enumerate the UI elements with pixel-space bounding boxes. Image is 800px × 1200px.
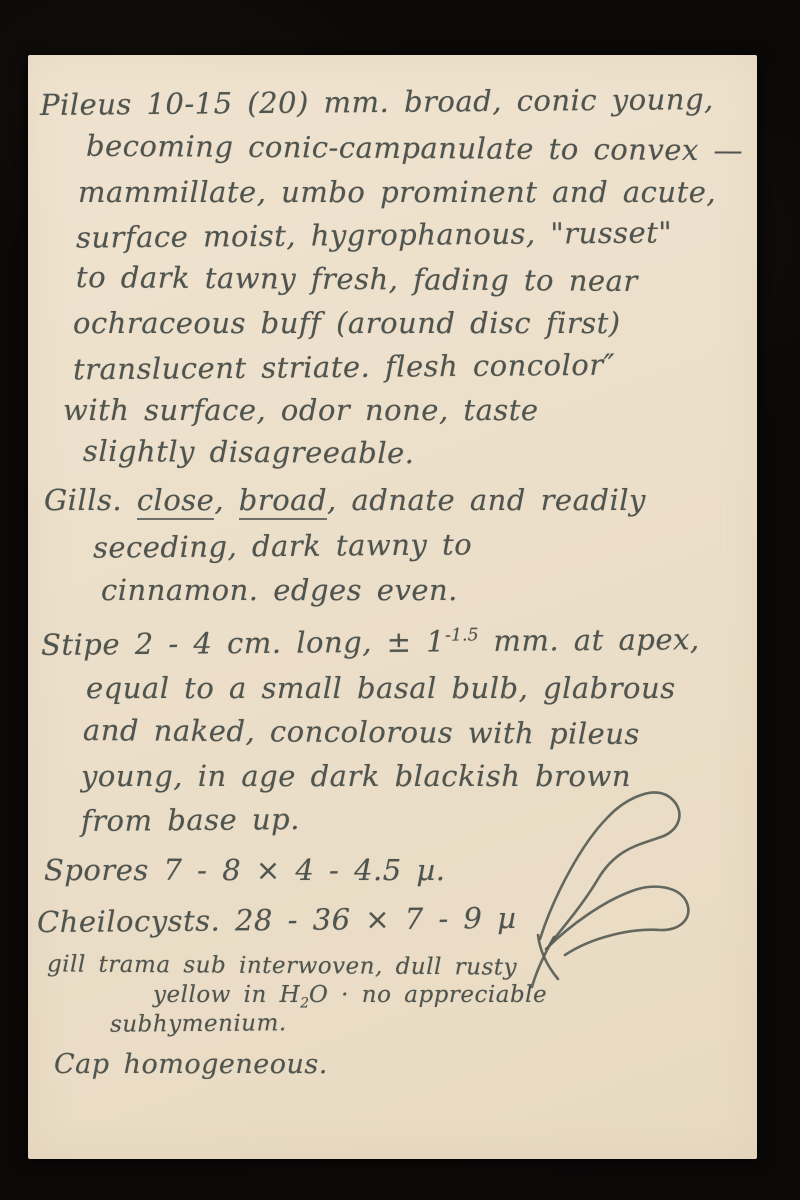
trama-line-3: subhymenium.	[110, 1010, 287, 1038]
pileus-line-2: becoming conic-campanulate to convex —	[86, 129, 743, 168]
gills-line-1-rest: , adnate and readily	[327, 483, 646, 517]
gills-line-3: cinnamon. edges even.	[101, 573, 458, 607]
cystidia-sketch-icon	[510, 767, 725, 997]
pileus-line-4: surface moist, hygrophanous, "russet"	[76, 215, 672, 254]
stipe-line-1: Stipe 2 - 4 cm. long, ± 1-1.5 mm. at ape…	[41, 622, 700, 662]
trama-line-2: yellow in H2O · no appreciable	[153, 982, 547, 1012]
cap-line: Cap homogeneous.	[54, 1049, 328, 1080]
trama-line-2-start: yellow in H	[153, 982, 300, 1008]
spores-line: Spores 7 - 8 × 4 - 4.5 µ.	[44, 853, 445, 887]
stipe-line-3: and naked, concolorous with pileus	[83, 713, 640, 751]
note-card: Pileus 10-15 (20) mm. broad, conic young…	[28, 55, 757, 1159]
gills-line-2: seceding, dark tawny to	[93, 527, 472, 564]
cheilocystidia-line: Cheilocysts. 28 - 36 × 7 - 9 µ	[37, 901, 517, 939]
gills-separator: ,	[214, 483, 238, 517]
gills-word-close: close	[137, 483, 215, 520]
pileus-line-5: to dark tawny fresh, fading to near	[76, 260, 638, 298]
stipe-superscript: -1.5	[445, 625, 479, 645]
gills-word-broad: broad	[239, 483, 327, 520]
pileus-line-8: with surface, odor none, taste	[63, 393, 539, 427]
pileus-line-7: translucent striate. flesh concolor″	[73, 348, 615, 387]
pileus-line-1: Pileus 10-15 (20) mm. broad, conic young…	[40, 82, 714, 122]
pileus-line-6: ochraceous buff (around disc first)	[73, 306, 621, 340]
water-subscript: 2	[300, 996, 309, 1012]
stipe-line-1-start: Stipe 2 - 4 cm. long, ± 1	[41, 624, 445, 662]
stipe-line-5: from base up.	[81, 802, 300, 838]
gills-label: Gills.	[44, 483, 137, 517]
stipe-line-1-end: mm. at apex,	[479, 622, 700, 658]
gills-line-1: Gills. close, broad, adnate and readily	[44, 483, 646, 517]
pileus-line-9: slightly disagreeable.	[83, 434, 415, 470]
stipe-line-2: equal to a small basal bulb, glabrous	[86, 671, 676, 705]
trama-line-1: gill trama sub interwoven, dull rusty	[47, 951, 517, 980]
pileus-line-3: mammillate, umbo prominent and acute,	[78, 175, 716, 209]
